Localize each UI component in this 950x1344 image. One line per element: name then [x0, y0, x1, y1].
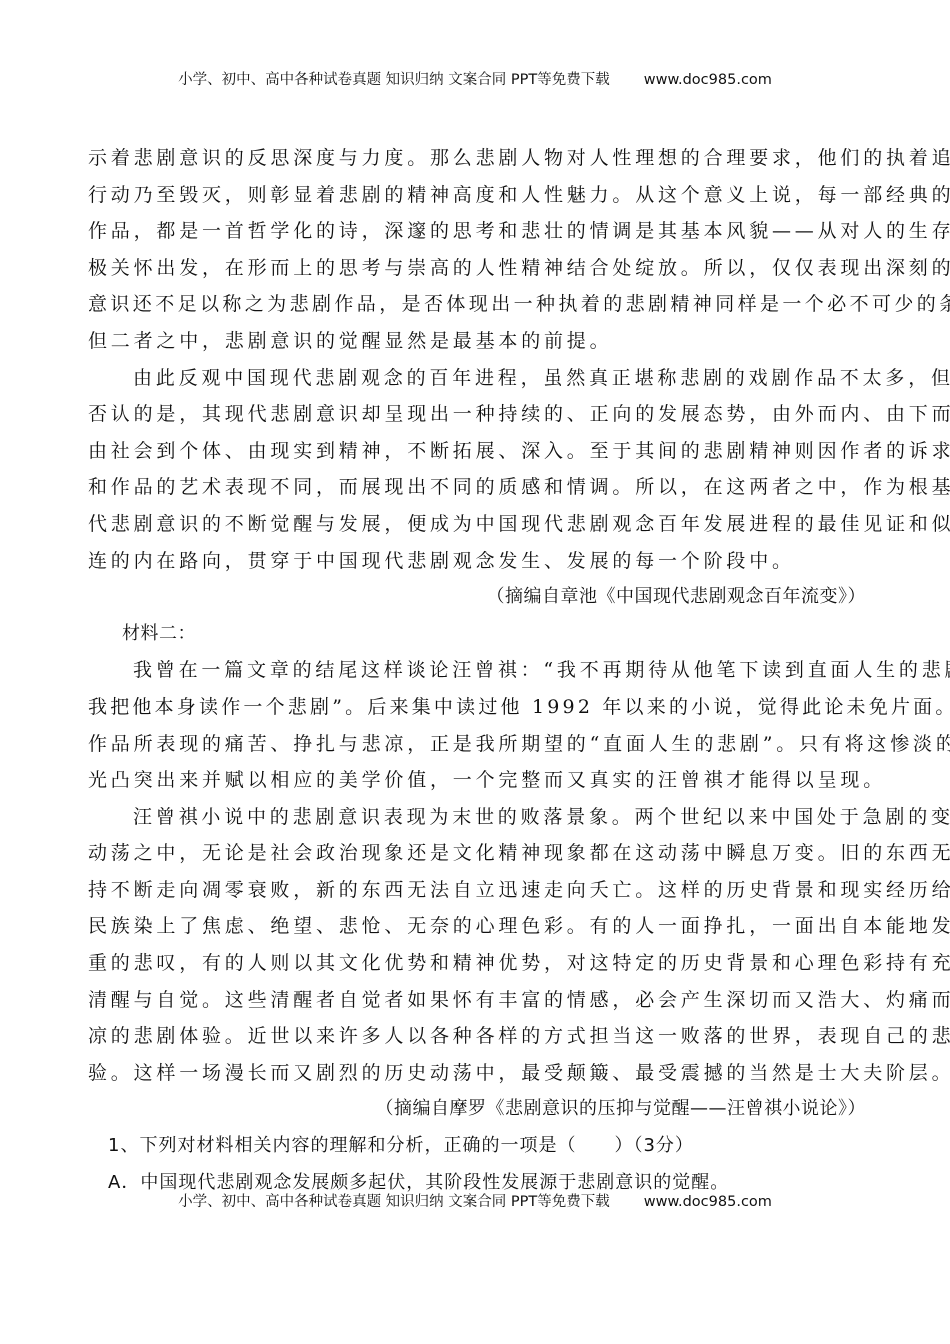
text-line: 意识还不足以称之为悲剧作品，是否体现出一种执着的悲剧精神同样是一个必不可少的条件… [88, 286, 878, 323]
footer-text: 小学、初中、高中各种试卷真题 知识归纳 文案合同 PPT等免费下载 [178, 1194, 610, 1210]
page-footer-banner: 小学、初中、高中各种试卷真题 知识归纳 文案合同 PPT等免费下载www.doc… [0, 1190, 950, 1211]
material2-source-citation: （摘编自摩罗《悲剧意识的压抑与觉醒——汪曾祺小说论》） [88, 1091, 878, 1128]
text-line: 光凸突出来并赋以相应的美学价值，一个完整而又真实的汪曾祺才能得以呈现。 [88, 762, 878, 799]
text-line: 但二者之中，悲剧意识的觉醒显然是最基本的前提。 [88, 323, 878, 360]
text-line: 持不断走向凋零衰败，新的东西无法自立迅速走向夭亡。这样的历史背景和现实经历给这个 [88, 872, 878, 909]
text-line: 我把他本身读作一个悲剧”。后来集中读过他 1992 年以来的小说，觉得此论未免片… [88, 689, 878, 726]
text-line: 示着悲剧意识的反思深度与力度。那么悲剧人物对人性理想的合理要求，他们的执着追求、 [88, 140, 878, 177]
footer-url-link[interactable]: www.doc985.com [644, 1194, 772, 1210]
header-url-link[interactable]: www.doc985.com [644, 72, 772, 88]
document-body: 示着悲剧意识的反思深度与力度。那么悲剧人物对人性理想的合理要求，他们的执着追求、… [88, 140, 878, 1201]
text-line: 民族染上了焦虑、绝望、悲怆、无奈的心理色彩。有的人一面挣扎，一面出自本能地发出沉 [88, 908, 878, 945]
text-line: 由社会到个体、由现实到精神，不断拓展、深入。至于其间的悲剧精神则因作者的诉求不同 [88, 433, 878, 470]
text-line: 重的悲叹，有的人则以其文化优势和精神优势，对这特定的历史背景和心理色彩持有充分的 [88, 945, 878, 982]
text-line: 行动乃至毁灭，则彰显着悲剧的精神高度和人性魅力。从这个意义上说，每一部经典的悲剧 [88, 177, 878, 214]
text-line: 清醒与自觉。这些清醒者自觉者如果怀有丰富的情感，必会产生深切而又浩大、灼痛而又寒 [88, 982, 878, 1019]
material2-paragraph2: 汪曾祺小说中的悲剧意识表现为末世的败落景象。两个世纪以来中国处于急剧的变化和 动… [88, 799, 878, 1092]
text-line: 验。这样一场漫长而又剧烈的历史动荡中，最受颠簸、最受震撼的当然是士大夫阶层。 [88, 1055, 878, 1092]
text-line: 代悲剧意识的不断觉醒与发展，便成为中国现代悲剧观念百年发展进程的最佳见证和似断实 [88, 506, 878, 543]
text-line: 动荡之中，无论是社会政治现象还是文化精神现象都在这动荡中瞬息万变。旧的东西无力自 [88, 835, 878, 872]
text-line: 由此反观中国现代悲剧观念的百年进程，虽然真正堪称悲剧的戏剧作品不太多，但不可 [88, 360, 878, 397]
text-line: 作品，都是一首哲学化的诗，深邃的思考和悲壮的情调是其基本风貌——从对人的生存的终 [88, 213, 878, 250]
text-line: 我曾在一篇文章的结尾这样谈论汪曾祺：“我不再期待从他笔下读到直面人生的悲剧， [88, 652, 878, 689]
text-line: 连的内在路向，贯穿于中国现代悲剧观念发生、发展的每一个阶段中。 [88, 543, 878, 580]
question-1-stem: 1、下列对材料相关内容的理解和分析，正确的一项是（ ）（3分） [88, 1128, 878, 1165]
text-line: 极关怀出发，在形而上的思考与崇高的人性精神结合处绽放。所以，仅仅表现出深刻的悲剧 [88, 250, 878, 287]
text-line: 否认的是，其现代悲剧意识却呈现出一种持续的、正向的发展态势，由外而内、由下而上、 [88, 396, 878, 433]
material1-paragraph1: 示着悲剧意识的反思深度与力度。那么悲剧人物对人性理想的合理要求，他们的执着追求、… [88, 140, 878, 360]
text-line: 凉的悲剧体验。近世以来许多人以各种各样的方式担当这一败落的世界，表现自己的悲剧体 [88, 1018, 878, 1055]
material1-paragraph2: 由此反观中国现代悲剧观念的百年进程，虽然真正堪称悲剧的戏剧作品不太多，但不可 否… [88, 360, 878, 580]
text-line: 作品所表现的痛苦、挣扎与悲凉，正是我所期望的“直面人生的悲剧”。只有将这惨淡的辉 [88, 726, 878, 763]
header-text: 小学、初中、高中各种试卷真题 知识归纳 文案合同 PPT等免费下载 [178, 72, 610, 88]
material1-source-citation: （摘编自章池《中国现代悲剧观念百年流变》） [88, 579, 878, 616]
material2-label: 材料二： [88, 616, 878, 653]
material2-paragraph1: 我曾在一篇文章的结尾这样谈论汪曾祺：“我不再期待从他笔下读到直面人生的悲剧， 我… [88, 652, 878, 798]
text-line: 和作品的艺术表现不同，而展现出不同的质感和情调。所以，在这两者之中，作为根基的现 [88, 469, 878, 506]
page-header-banner: 小学、初中、高中各种试卷真题 知识归纳 文案合同 PPT等免费下载www.doc… [0, 68, 950, 89]
text-line: 汪曾祺小说中的悲剧意识表现为末世的败落景象。两个世纪以来中国处于急剧的变化和 [88, 799, 878, 836]
